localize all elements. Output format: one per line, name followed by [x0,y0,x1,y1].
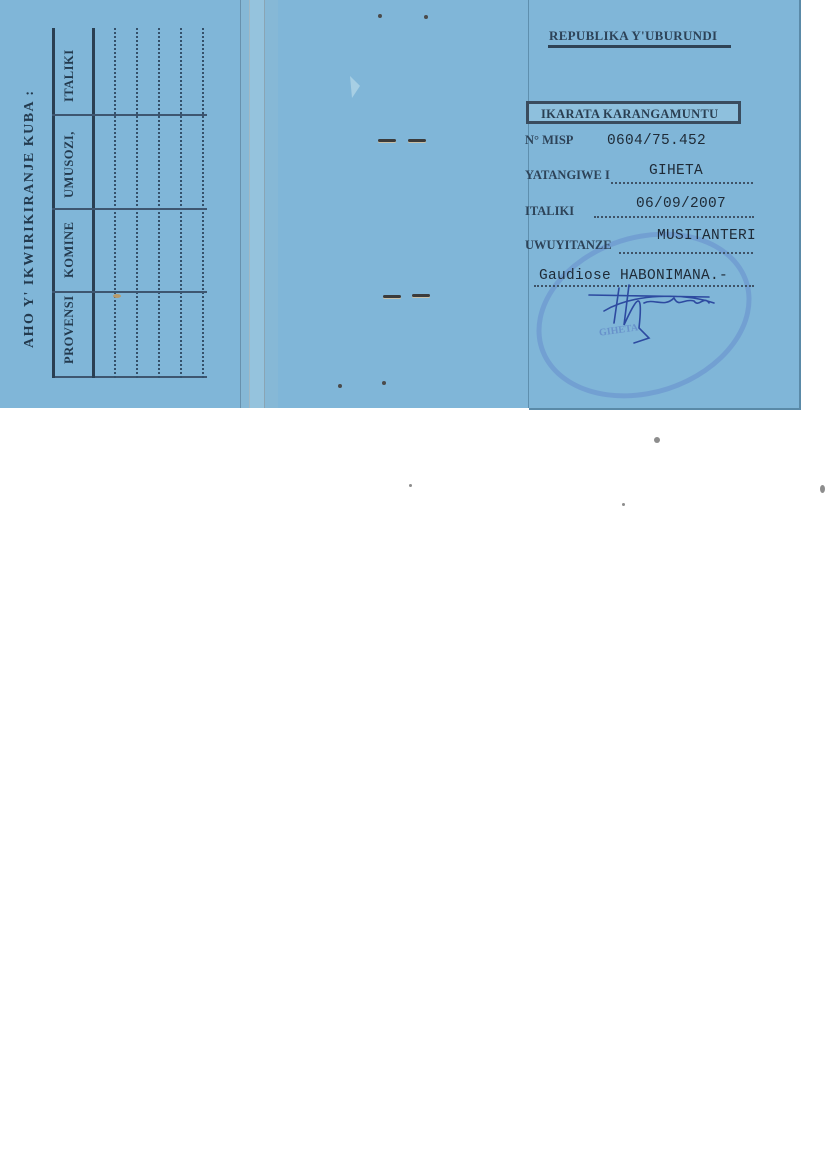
dotted-line [619,252,753,254]
field-label-yatangiwe: YATANGIWE I [525,168,610,183]
scan-speck [409,484,412,487]
field-label-italiki: ITALIKI [525,204,574,219]
pin-hole [382,381,386,385]
scan-speck [622,503,625,506]
pin-hole [378,14,382,18]
address-table: PROVENSI KOMINE UMUSOZI, ITALIKI [52,28,207,378]
column-header-italiki: ITALIKI [62,49,77,102]
field-label-uwuyitanze: UWUYITANZE [525,238,612,253]
middle-panel [278,0,529,408]
left-panel: AHO Y' IKWIRIKIRANJE KUBA : PROVENSI KOM… [0,0,241,408]
staple-icon [408,139,426,142]
column-header-umusozi: UMUSOZI, [62,131,77,198]
tape-strip [249,0,265,408]
stain [113,294,121,298]
field-value-misp: 0604/75.452 [607,133,706,149]
field-label-misp: N° MISP [525,133,573,148]
dotted-line [594,216,754,218]
issuer-name: Gaudiose HABONIMANA.- [539,268,728,284]
paper-scuff [350,76,360,98]
card-spine [240,0,280,408]
signature-icon [584,283,724,353]
scan-speck [820,485,825,493]
staple-icon [383,295,401,298]
field-value-yatangiwe: GIHETA [649,163,703,179]
column-header-provensi: PROVENSI [62,295,77,364]
staple-icon [412,294,430,297]
right-panel: REPUBLIKA Y'UBURUNDI IKARATA KARANGAMUNT… [529,0,801,410]
header-underline [548,45,731,48]
column-header-komine: KOMINE [62,222,77,278]
staple-icon [378,139,396,142]
id-card: AHO Y' IKWIRIKIRANJE KUBA : PROVENSI KOM… [0,0,800,408]
field-value-uwuyitanze: MUSITANTERI [657,228,756,244]
address-change-table: AHO Y' IKWIRIKIRANJE KUBA : PROVENSI KOM… [0,0,240,408]
field-value-italiki: 06/09/2007 [636,196,726,212]
pin-hole [424,15,428,19]
card-title: IKARATA KARANGAMUNTU [541,107,718,122]
card-title-box: IKARATA KARANGAMUNTU [526,101,741,124]
scan-speck [654,437,660,443]
table-title: AHO Y' IKWIRIKIRANJE KUBA : [22,8,38,348]
pin-hole [338,384,342,388]
dotted-line [611,182,753,184]
country-header: REPUBLIKA Y'UBURUNDI [549,28,717,44]
